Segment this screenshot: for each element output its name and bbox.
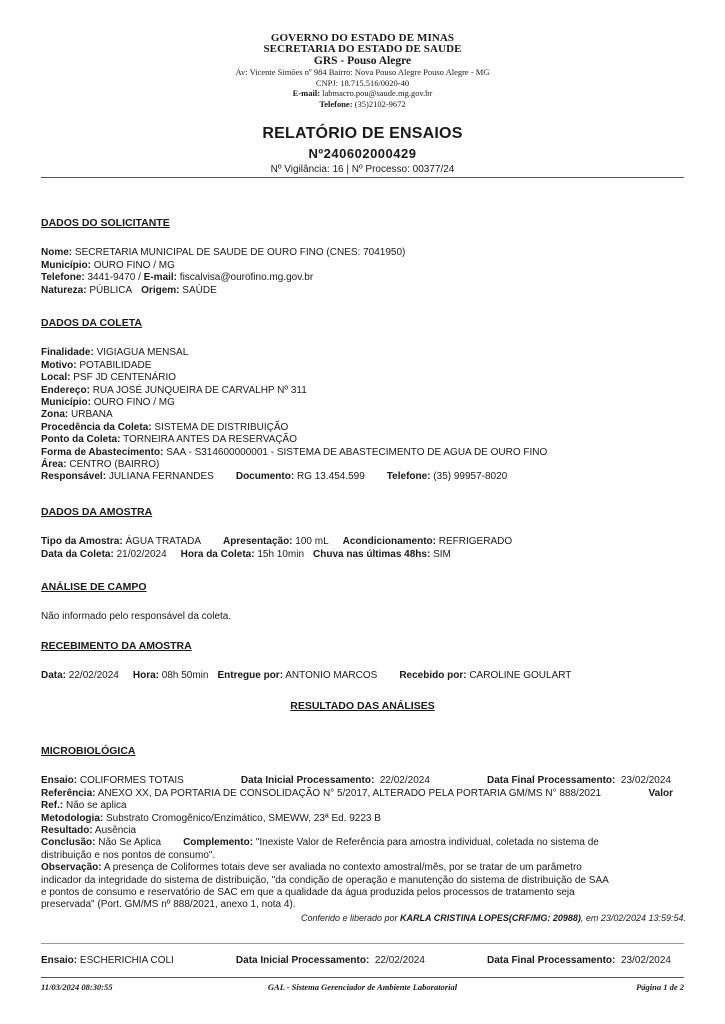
solicitante-municipio: Município: OURO FINO / MG — [41, 260, 686, 272]
value: Não se aplica — [66, 800, 127, 811]
value: 3441-9470 / — [88, 272, 141, 283]
ensaio2-header: Ensaio: ESCHERICHIA COLI Data Inicial Pr… — [41, 955, 671, 967]
value: VIGIAGUA MENSAL — [97, 347, 189, 358]
label: Nome: — [41, 247, 72, 258]
org-phone-label: Telefone: — [319, 99, 352, 109]
org-line-3: GRS - Pouso Alegre — [0, 55, 725, 67]
coleta-field: Motivo: POTABILIDADE — [41, 360, 686, 372]
ensaio2-section: Ensaio: ESCHERICHIA COLI Data Inicial Pr… — [41, 955, 686, 967]
liberado-prefix: Conferido e liberado por — [301, 913, 398, 923]
org-email-label: E-mail: — [293, 88, 320, 98]
ensaio1-header: Ensaio: COLIFORMES TOTAIS Data Inicial P… — [41, 775, 671, 787]
label: Data Inicial Processamento: — [241, 775, 374, 786]
liberado-by: KARLA CRISTINA LOPES(CRF/MG: 20988) — [400, 913, 581, 923]
ensaio1-liberado: Conferido e liberado por KARLA CRISTINA … — [41, 912, 686, 924]
value: CENTRO (BAIRRO) — [69, 459, 159, 470]
label: Finalidade: — [41, 347, 94, 358]
label: Telefone: — [387, 471, 431, 482]
label: Município: — [41, 260, 91, 271]
value: 08h 50min — [162, 670, 209, 681]
value: RG 13.454.599 — [297, 471, 365, 482]
value: PSF JD CENTENÁRIO — [73, 372, 176, 383]
value: Não Se Aplica — [98, 837, 161, 848]
footer-system: GAL - Sistema Gerenciador de Ambiente La… — [41, 982, 684, 992]
value: POTABILIDADE — [79, 360, 151, 371]
report-subline: Nº Vigilância: 16 | Nº Processo: 00377/2… — [0, 164, 725, 175]
coleta-field: Município: OURO FINO / MG — [41, 397, 686, 409]
section-title-coleta: DADOS DA COLETA — [41, 317, 686, 329]
label: Valor — [649, 788, 673, 800]
ensaio-divider — [41, 943, 684, 944]
label: Data Final Processamento: — [487, 775, 615, 786]
value: 23/02/2024 — [621, 775, 671, 786]
section-title-resultado: RESULTADO DAS ANÁLISES — [290, 700, 434, 712]
coleta-field: Zona: URBANA — [41, 409, 686, 421]
coleta-fields: Finalidade: VIGIAGUA MENSALMotivo: POTAB… — [41, 347, 686, 471]
coleta-field: Finalidade: VIGIAGUA MENSAL — [41, 347, 686, 359]
org-email-value: labmacro.pou@saude.mg.gov.br — [322, 88, 432, 98]
label: Telefone: — [41, 272, 85, 283]
ensaio1-metodologia: Metodologia: Substrato Cromogênico/Enzim… — [41, 813, 686, 825]
solicitante-natureza: Natureza: PÚBLICAOrigem: SAÚDE — [41, 285, 686, 297]
coleta-section: DADOS DA COLETA Finalidade: VIGIAGUA MEN… — [41, 317, 686, 484]
label: Local: — [41, 372, 70, 383]
footer-page: Página 1 de 2 — [636, 982, 684, 992]
label: Recebido por: — [399, 670, 466, 681]
value: ANTONIO MARCOS — [285, 670, 377, 681]
label: Zona: — [41, 409, 68, 420]
ensaio1-observacao-2: indicador da integridade do sistema de d… — [41, 875, 686, 887]
solicitante-contato: Telefone: 3441-9470 / E-mail: fiscalvisa… — [41, 272, 686, 284]
ensaio1-conclusao: Conclusão: Não Se AplicaComplemento: "In… — [41, 837, 686, 849]
coleta-field: Área: CENTRO (BAIRRO) — [41, 459, 686, 471]
value: SISTEMA DE DISTRIBUIÇÃO — [154, 422, 288, 433]
value: SECRETARIA MUNICIPAL DE SAUDE DE OURO FI… — [75, 247, 405, 258]
value: 23/02/2024 — [621, 955, 671, 966]
value: URBANA — [71, 409, 113, 420]
value: 22/02/2024 — [380, 775, 430, 786]
value: REFRIGERADO — [439, 536, 512, 547]
label: Área: — [41, 459, 67, 470]
resultado-title-wrap: RESULTADO DAS ANÁLISES — [41, 700, 684, 713]
recebimento-section: RECEBIMENTO DA AMOSTRA Data: 22/02/2024H… — [41, 640, 686, 683]
section-title-microbiologica: MICROBIOLÓGICA — [41, 745, 686, 757]
label: Acondicionamento: — [343, 536, 436, 547]
org-phone-value: (35)2102-9672 — [355, 99, 406, 109]
label: Ponto da Coleta: — [41, 434, 120, 445]
value: SAA - S314600000001 - SISTEMA DE ABASTEC… — [166, 447, 547, 458]
value: SAÚDE — [182, 285, 216, 296]
value: 15h 10min — [257, 549, 304, 560]
label: Observação: — [41, 862, 102, 873]
solicitante-section: DADOS DO SOLICITANTE Nome: SECRETARIA MU… — [41, 217, 686, 297]
org-phone: Telefone: (35)2102-9672 — [0, 99, 725, 110]
section-title-campo: ANÁLISE DE CAMPO — [41, 581, 686, 593]
ensaio1-observacao-1: Observação: A presença de Coliformes tot… — [41, 862, 686, 874]
value: RUA JOSÉ JUNQUEIRA DE CARVALHP Nº 311 — [93, 385, 307, 396]
org-line-2: SECRETARIA DO ESTADO DE SAUDE — [0, 44, 725, 55]
label: Metodologia: — [41, 813, 103, 824]
section-title-recebimento: RECEBIMENTO DA AMOSTRA — [41, 640, 686, 652]
value: PÚBLICA — [89, 285, 132, 296]
label: Ensaio: — [41, 955, 77, 966]
org-header: GOVERNO DO ESTADO DE MINAS SECRETARIA DO… — [0, 33, 725, 109]
label: Motivo: — [41, 360, 77, 371]
microbiologica-section: MICROBIOLÓGICA Ensaio: COLIFORMES TOTAIS… — [41, 745, 686, 924]
label: Origem: — [141, 285, 179, 296]
label: Data Inicial Processamento: — [236, 955, 369, 966]
label: Hora: — [133, 670, 159, 681]
coleta-field: Forma de Abastecimento: SAA - S314600000… — [41, 447, 686, 459]
campo-section: ANÁLISE DE CAMPO Não informado pelo resp… — [41, 581, 686, 624]
value: (35) 99957-8020 — [433, 471, 507, 482]
label: Data Final Processamento: — [487, 955, 615, 966]
amostra-linha-1: Tipo da Amostra: ÁGUA TRATADAApresentaçã… — [41, 536, 686, 548]
amostra-section: DADOS DA AMOSTRA Tipo da Amostra: ÁGUA T… — [41, 506, 686, 561]
value: Substrato Cromogênico/Enzimático, SMEWW,… — [106, 813, 381, 824]
label: Referência: — [41, 788, 95, 799]
value: 21/02/2024 — [117, 549, 167, 560]
label: Resultado: — [41, 825, 93, 836]
report-title: RELATÓRIO DE ENSAIOS — [0, 125, 725, 143]
label: Município: — [41, 397, 91, 408]
coleta-field: Endereço: RUA JOSÉ JUNQUEIRA DE CARVALHP… — [41, 385, 686, 397]
label: Ref.: — [41, 800, 63, 811]
coleta-field: Procedência da Coleta: SISTEMA DE DISTRI… — [41, 422, 686, 434]
label: Conclusão: — [41, 837, 95, 848]
ensaio1-resultado: Resultado: Ausência — [41, 825, 686, 837]
recebimento-linha: Data: 22/02/2024Hora: 08h 50minEntregue … — [41, 670, 686, 682]
label: Natureza: — [41, 285, 87, 296]
value: ESCHERICHIA COLI — [80, 955, 174, 966]
title-divider — [41, 177, 684, 178]
value: Ausência — [95, 825, 136, 836]
value: ÁGUA TRATADA — [125, 536, 201, 547]
label: Ensaio: — [41, 775, 77, 786]
value: 22/02/2024 — [375, 955, 425, 966]
label: Procedência da Coleta: — [41, 422, 152, 433]
label: E-mail: — [144, 272, 177, 283]
value: 100 mL — [295, 536, 328, 547]
value: "Inexiste Valor de Referência para amost… — [256, 837, 599, 848]
label: Apresentação: — [223, 536, 292, 547]
label: Data: — [41, 670, 66, 681]
ensaio1-observacao-4: preservada" (Port. GM/MS nº 888/2021, an… — [41, 899, 686, 911]
liberado-suffix: , em 23/02/2024 13:59:54. — [581, 913, 686, 923]
label: Chuva nas últimas 48hs: — [313, 549, 430, 560]
label: Entregue por: — [217, 670, 283, 681]
ensaio1-complemento-cont: distribuição e nos pontos de consumo". — [41, 850, 686, 862]
value: COLIFORMES TOTAIS — [80, 775, 184, 786]
label: Data da Coleta: — [41, 549, 114, 560]
value: fiscalvisa@ourofino.mg.gov.br — [180, 272, 313, 283]
coleta-responsavel: Responsável: JULIANA FERNANDESDocumento:… — [41, 471, 686, 483]
label: Responsável: — [41, 471, 106, 482]
coleta-field: Ponto da Coleta: TORNEIRA ANTES DA RESER… — [41, 434, 686, 446]
value: OURO FINO / MG — [94, 397, 175, 408]
value: JULIANA FERNANDES — [109, 471, 214, 482]
org-cnpj: CNPJ: 18.715.516/0020-40 — [0, 78, 725, 89]
report-number: Nº240602000429 — [0, 146, 725, 161]
label: Documento: — [236, 471, 294, 482]
section-title-amostra: DADOS DA AMOSTRA — [41, 506, 686, 518]
ensaio1-referencia: Referência: ANEXO XX, DA PORTARIA DE CON… — [41, 788, 673, 800]
label: Forma de Abastecimento: — [41, 447, 163, 458]
label: Complemento: — [183, 837, 253, 848]
solicitante-nome: Nome: SECRETARIA MUNICIPAL DE SAUDE DE O… — [41, 247, 686, 259]
ensaio1-observacao-3: e pontos de consumo e reservatório de SA… — [41, 887, 686, 899]
section-title-solicitante: DADOS DO SOLICITANTE — [41, 217, 686, 229]
value: CAROLINE GOULART — [469, 670, 571, 681]
value: A presença de Coliformes totais deve ser… — [104, 862, 582, 873]
ensaio1-valor-ref: Ref.: Não se aplica — [41, 800, 686, 812]
value: SIM — [433, 549, 451, 560]
coleta-field: Local: PSF JD CENTENÁRIO — [41, 372, 686, 384]
label: Tipo da Amostra: — [41, 536, 123, 547]
label: Hora da Coleta: — [181, 549, 255, 560]
org-email: E-mail: labmacro.pou@saude.mg.gov.br — [0, 88, 725, 99]
campo-text: Não informado pelo responsável da coleta… — [41, 611, 686, 623]
value: ANEXO XX, DA PORTARIA DE CONSOLIDAÇÃO N°… — [98, 788, 601, 799]
org-address: Av: Vicente Simões nº 984 Bairro: Nova P… — [0, 67, 725, 78]
value: TORNEIRA ANTES DA RESERVAÇÃO — [123, 434, 297, 445]
footer-divider — [41, 977, 684, 978]
value: 22/02/2024 — [69, 670, 119, 681]
label: Endereço: — [41, 385, 90, 396]
value: OURO FINO / MG — [94, 260, 175, 271]
amostra-linha-2: Data da Coleta: 21/02/2024Hora da Coleta… — [41, 549, 686, 561]
